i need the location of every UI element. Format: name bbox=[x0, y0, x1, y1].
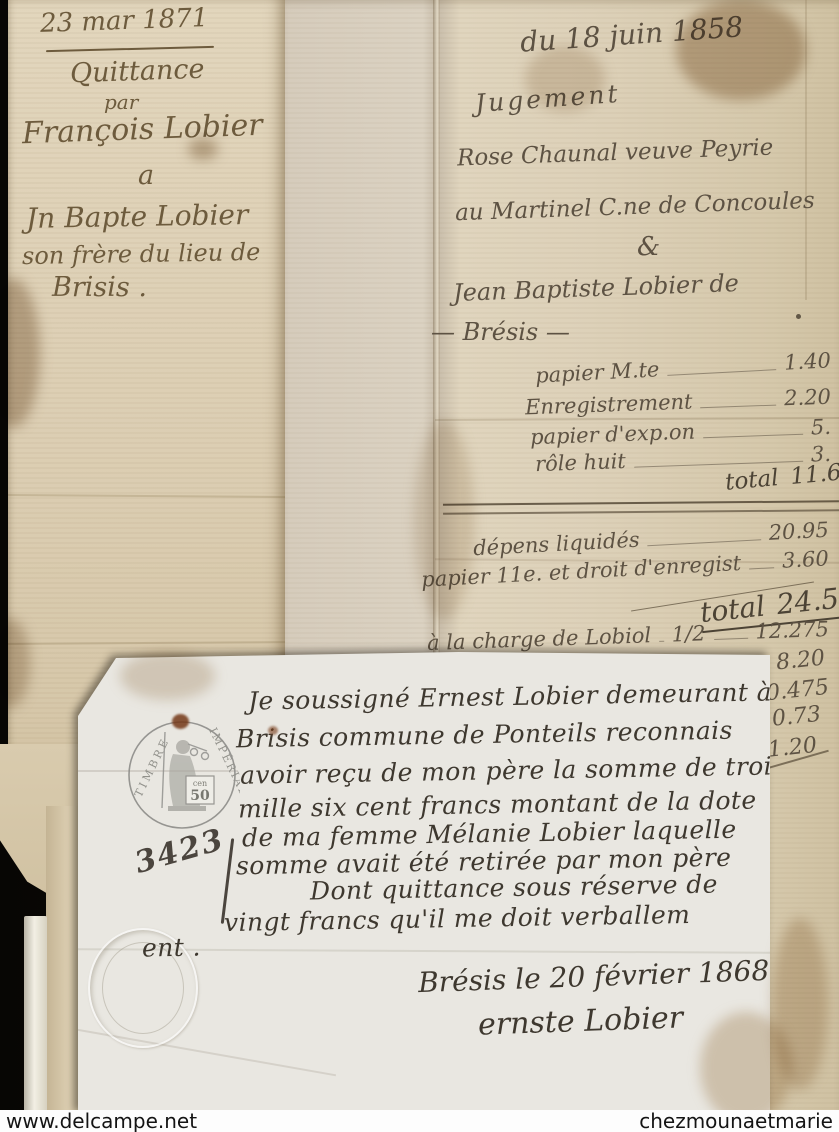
account-label: rôle huit bbox=[535, 449, 627, 476]
judgment-date: du 18 juin 1858 bbox=[519, 10, 744, 58]
leader-line bbox=[667, 356, 777, 376]
receipt-body-line: Brisis commune de Ponteils reconnais bbox=[236, 716, 733, 754]
stamp-denomination-value: 50 bbox=[190, 788, 210, 804]
leader-line bbox=[659, 628, 664, 642]
watermark-seller: chezmounaetmarie bbox=[633, 1110, 839, 1132]
leader-line bbox=[749, 554, 775, 569]
left-note-line: Quittance bbox=[70, 54, 205, 90]
fold-crease bbox=[8, 641, 285, 645]
account-label: dépens liquidés bbox=[473, 528, 641, 561]
extra-value: 8.20 bbox=[775, 646, 826, 676]
receipt-paper: cen 50 TIMBRE IMPÉRIAL 3423 Je soussigné… bbox=[78, 652, 770, 1114]
account-line: Enregistrement 2.20 bbox=[525, 385, 832, 420]
receipt-body-line: vingt francs qu'il me doit verballem bbox=[224, 900, 691, 937]
account-label: papier d'exp.on bbox=[530, 419, 696, 449]
fold-crease bbox=[60, 1026, 336, 1077]
left-note-line: Jn Bapte Lobier bbox=[26, 198, 249, 235]
charge-value: 12.275 bbox=[755, 617, 829, 644]
receipt-body-line: avoir reçu de mon père la somme de trois bbox=[240, 751, 786, 790]
account-value: 20.95 bbox=[768, 518, 829, 545]
paper-edge-highlight bbox=[24, 916, 47, 1114]
judgment-party: au Martinel C.ne de Concoules bbox=[455, 188, 816, 227]
charge-fraction: 1/2 bbox=[671, 621, 706, 646]
watermark-delcampe: www.delcampe.net bbox=[0, 1110, 203, 1132]
charge-line: à la charge de Lobiol 1/2 12.275 bbox=[427, 617, 830, 655]
total-value: 11.60 bbox=[789, 458, 839, 490]
account-label: Enregistrement bbox=[525, 390, 693, 420]
account-value: 3.60 bbox=[781, 546, 829, 572]
judgment-party: Rose Chaunal veuve Peyrie bbox=[457, 134, 774, 171]
account-value: 1.40 bbox=[783, 348, 831, 374]
account-label: papier 11e. et droit d'enregist bbox=[421, 551, 742, 592]
receipt-dateline: Brésis le 20 février 1868 bbox=[418, 954, 770, 999]
left-note-line: par bbox=[104, 90, 138, 114]
receipt-document: cen 50 TIMBRE IMPÉRIAL 3423 Je soussigné… bbox=[78, 652, 770, 1114]
extra-value: 0.475 bbox=[765, 675, 830, 706]
account-value: 2.20 bbox=[784, 385, 832, 411]
photo-scene: 23 mar 1871 Quittance par François Lobie… bbox=[0, 0, 839, 1132]
receipt-signature: ernste Lobier bbox=[477, 1000, 683, 1042]
account-label: papier M.te bbox=[535, 357, 660, 387]
charge-label: à la charge de Lobiol bbox=[427, 623, 652, 655]
total-label: total bbox=[724, 465, 779, 496]
judgment-party: Jean Baptiste Lobier de bbox=[453, 269, 740, 307]
account-value: 5. bbox=[810, 415, 831, 440]
left-note-line: son frère du lieu de bbox=[22, 238, 261, 270]
fold-crease bbox=[805, 0, 807, 300]
judgment-title: Jugement bbox=[474, 79, 621, 118]
date-underline bbox=[46, 46, 214, 52]
left-note-date: 23 mar 1871 bbox=[40, 3, 209, 39]
judgment-party: & bbox=[637, 232, 660, 262]
left-note-line: a bbox=[138, 160, 154, 191]
leader-line bbox=[647, 526, 761, 546]
revenue-stamp-icon: cen 50 TIMBRE IMPÉRIAL bbox=[124, 714, 240, 836]
receipt-body-line: ent . bbox=[142, 932, 201, 962]
account-line: papier M.te 1.40 bbox=[535, 348, 832, 387]
left-note-line: Brisis . bbox=[52, 272, 147, 303]
stamp-denomination-unit: cen bbox=[193, 779, 207, 788]
judgment-party: — Brésis — bbox=[431, 318, 570, 346]
receipt-body-line: Je soussigné Ernest Lobier demeurant à bbox=[248, 677, 772, 715]
leader-line bbox=[700, 392, 776, 409]
fold-crease bbox=[8, 494, 285, 498]
leader-line bbox=[703, 421, 803, 438]
double-rule bbox=[443, 500, 839, 514]
leader-line bbox=[713, 625, 747, 640]
left-note-line: François Lobier bbox=[21, 108, 263, 151]
watermark-strip: www.delcampe.net chezmounaetmarie bbox=[0, 1110, 839, 1132]
